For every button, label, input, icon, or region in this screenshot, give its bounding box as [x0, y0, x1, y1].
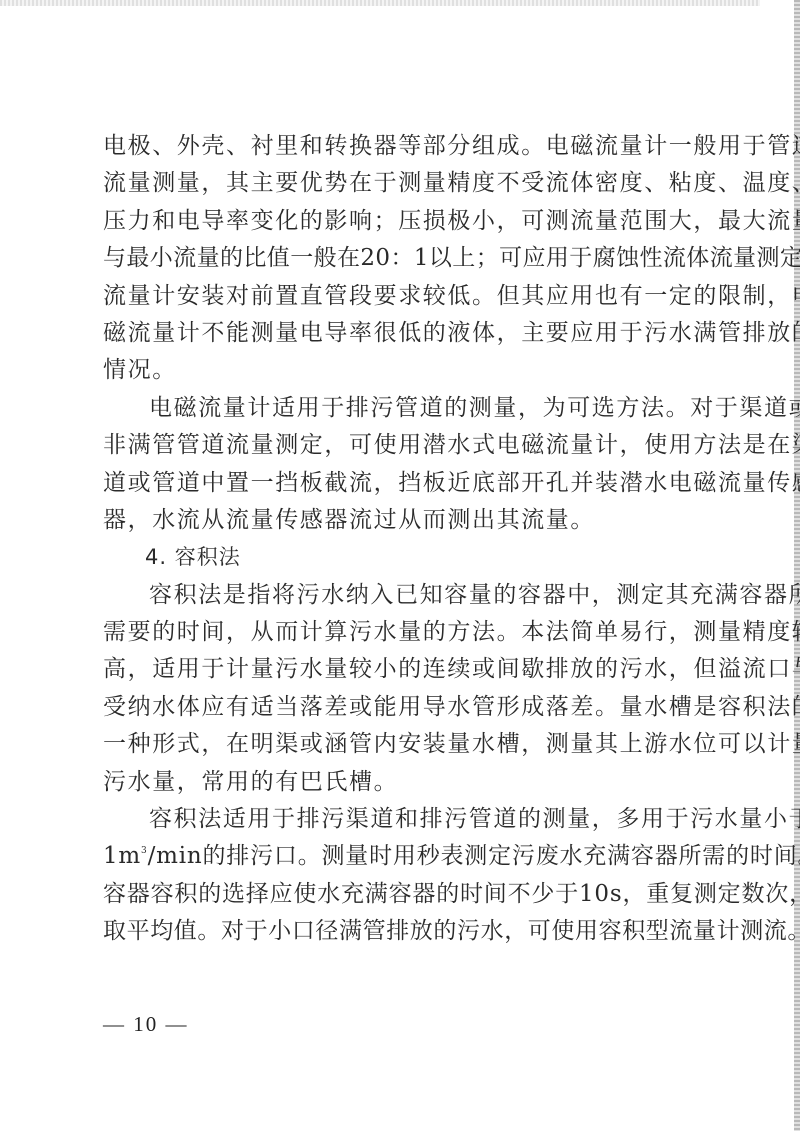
unit-value: 1m	[103, 843, 141, 869]
text-line: 需要的时间，从而计算污水量的方法。本法简单易行，测量精度较	[103, 614, 695, 651]
text-line: 一种形式，在明渠或涵管内安装量水槽，测量其上游水位可以计量	[103, 726, 695, 763]
paragraph-electromagnetic-flowmeter-overview: 电极、外壳、衬里和转换器等部分组成。电磁流量计一般用于管道 流量测量，其主要优势…	[103, 128, 695, 390]
paragraph-volumetric-method-definition: 容积法是指将污水纳入已知容量的容器中，测定其充满容器所 需要的时间，从而计算污水…	[103, 577, 695, 801]
section-heading: 4. 容积法	[103, 539, 695, 576]
text-line: 取平均值。对于小口径满管排放的污水，可使用容积型流量计测流。	[103, 913, 695, 950]
text-line: 受纳水体应有适当落差或能用导水管形成落差。量水槽是容积法的	[103, 689, 695, 726]
text-line-with-unit: 1m3/min的排污口。测量时用秒表测定污废水充满容器所需的时间。	[103, 838, 695, 875]
paragraph-volumetric-method-application: 容积法适用于排污渠道和排污管道的测量，多用于污水量小于 1m3/min的排污口。…	[103, 801, 695, 951]
text-line: 容积法是指将污水纳入已知容量的容器中，测定其充满容器所	[103, 577, 695, 614]
page-number: — 10 —	[103, 1012, 189, 1037]
text-line: 与最小流量的比值一般在20：1以上；可应用于腐蚀性流体流量测定，	[103, 240, 695, 277]
paragraph-electromagnetic-flowmeter-usage: 电磁流量计适用于排污管道的测量，为可选方法。对于渠道或 非满管管道流量测定，可使…	[103, 390, 695, 540]
text-line: 容积法适用于排污渠道和排污管道的测量，多用于污水量小于	[103, 801, 695, 838]
text-line: 污水量，常用的有巴氏槽。	[103, 764, 695, 801]
text-line: 电极、外壳、衬里和转换器等部分组成。电磁流量计一般用于管道	[103, 128, 695, 165]
text-continuation: /min的排污口。测量时用秒表测定污废水充满容器所需的时间。	[148, 843, 800, 869]
text-line: 压力和电导率变化的影响；压损极小，可测流量范围大，最大流量	[103, 203, 695, 240]
text-line: 道或管道中置一挡板截流，挡板近底部开孔并装潜水电磁流量传感	[103, 465, 695, 502]
text-line: 情况。	[103, 352, 695, 389]
text-line: 非满管管道流量测定，可使用潜水式电磁流量计，使用方法是在渠	[103, 427, 695, 464]
text-line: 高，适用于计量污水量较小的连续或间歇排放的污水，但溢流口与	[103, 651, 695, 688]
text-line: 电磁流量计适用于排污管道的测量，为可选方法。对于渠道或	[103, 390, 695, 427]
scan-edge-top	[0, 0, 760, 6]
text-line: 容器容积的选择应使水充满容器的时间不少于10s，重复测定数次，	[103, 876, 695, 913]
text-line: 流量计安装对前置直管段要求较低。但其应用也有一定的限制，电	[103, 278, 695, 315]
text-line: 流量测量，其主要优势在于测量精度不受流体密度、粘度、温度、	[103, 165, 695, 202]
text-line: 磁流量计不能测量电导率很低的液体，主要应用于污水满管排放的	[103, 315, 695, 352]
document-body: 电极、外壳、衬里和转换器等部分组成。电磁流量计一般用于管道 流量测量，其主要优势…	[103, 128, 695, 951]
text-line: 器，水流从流量传感器流过从而测出其流量。	[103, 502, 695, 539]
